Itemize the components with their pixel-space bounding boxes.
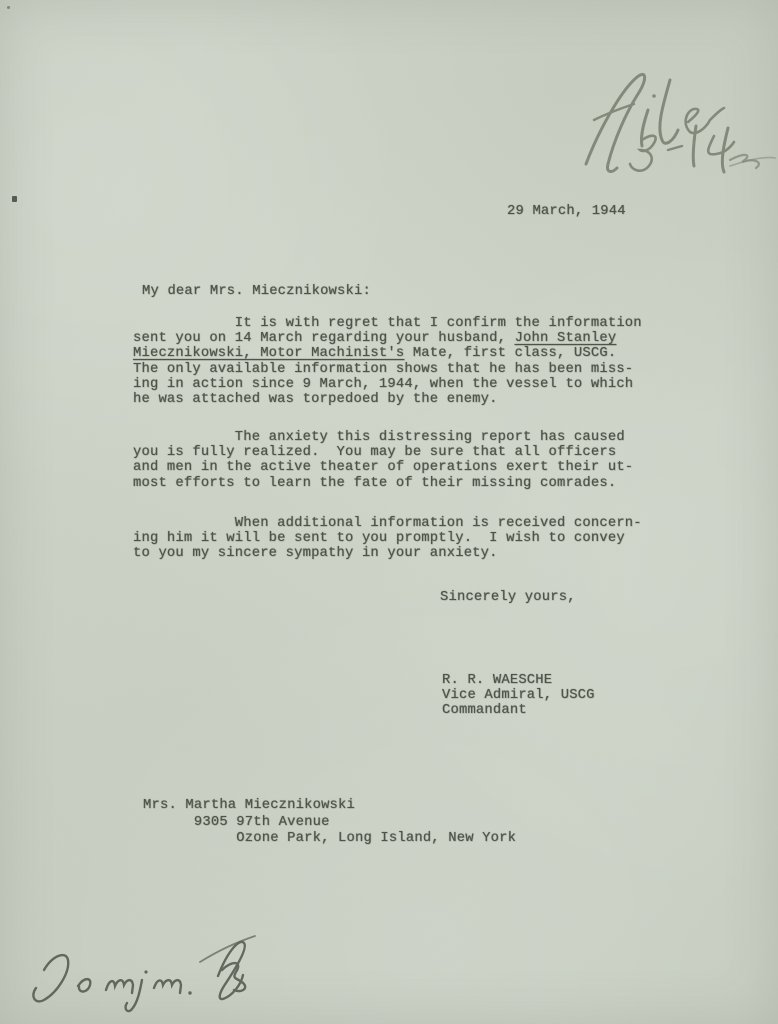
recipient-address-block: Mrs. Martha Miecznikowski 9305 97th Aven…: [143, 798, 516, 848]
text-line: most efforts to learn the fate of their …: [133, 476, 633, 491]
paragraph: The anxiety this distressing report has …: [133, 430, 633, 491]
signature-block: R. R. WAESCHEVice Admiral, USCGCommandan…: [442, 673, 595, 719]
letter-paper: 29 March, 1944 My dear Mrs. Miecznikowsk…: [0, 0, 778, 1024]
text-line: ing him it will be sent to you promptly.…: [133, 531, 642, 546]
text-line: ing in action since 9 March, 1944, when …: [133, 377, 642, 392]
paragraph: When additional information is received …: [133, 516, 642, 562]
text-line: R. R. WAESCHE: [442, 673, 595, 688]
salutation: My dear Mrs. Miecznikowski:: [142, 284, 371, 299]
text-line: When additional information is received …: [133, 516, 642, 531]
text-line: Ozone Park, Long Island, New York: [143, 831, 516, 848]
scan-speck: [7, 6, 10, 9]
text-line: Mrs. Martha Miecznikowski: [143, 798, 516, 815]
text-line: Vice Admiral, USCG: [442, 688, 595, 703]
handwritten-note-file-icon: [578, 66, 776, 184]
text-line: he was attached was torpedoed by the ene…: [133, 392, 642, 407]
text-line: 9305 97th Avenue: [143, 815, 516, 832]
scan-speck: [12, 196, 17, 202]
handwritten-initials-icon: [22, 930, 257, 1020]
text-line: It is with regret that I confirm the inf…: [133, 316, 642, 331]
date-line: 29 March, 1944: [507, 204, 626, 219]
text-line: you is fully realized. You may be sure t…: [133, 445, 633, 460]
text-line: and men in the active theater of operati…: [133, 460, 633, 475]
text-line: to you my sincere sympathy in your anxie…: [133, 546, 642, 561]
closing-line: Sincerely yours,: [440, 590, 576, 605]
text-line: sent you on 14 March regarding your husb…: [133, 331, 642, 346]
text-line: The anxiety this distressing report has …: [133, 430, 633, 445]
text-line: Commandant: [442, 703, 595, 718]
text-line: The only available information shows tha…: [133, 362, 642, 377]
paragraph: It is with regret that I confirm the inf…: [133, 316, 642, 407]
text-line: Miecznikowski, Motor Machinist's Mate, f…: [133, 346, 642, 361]
